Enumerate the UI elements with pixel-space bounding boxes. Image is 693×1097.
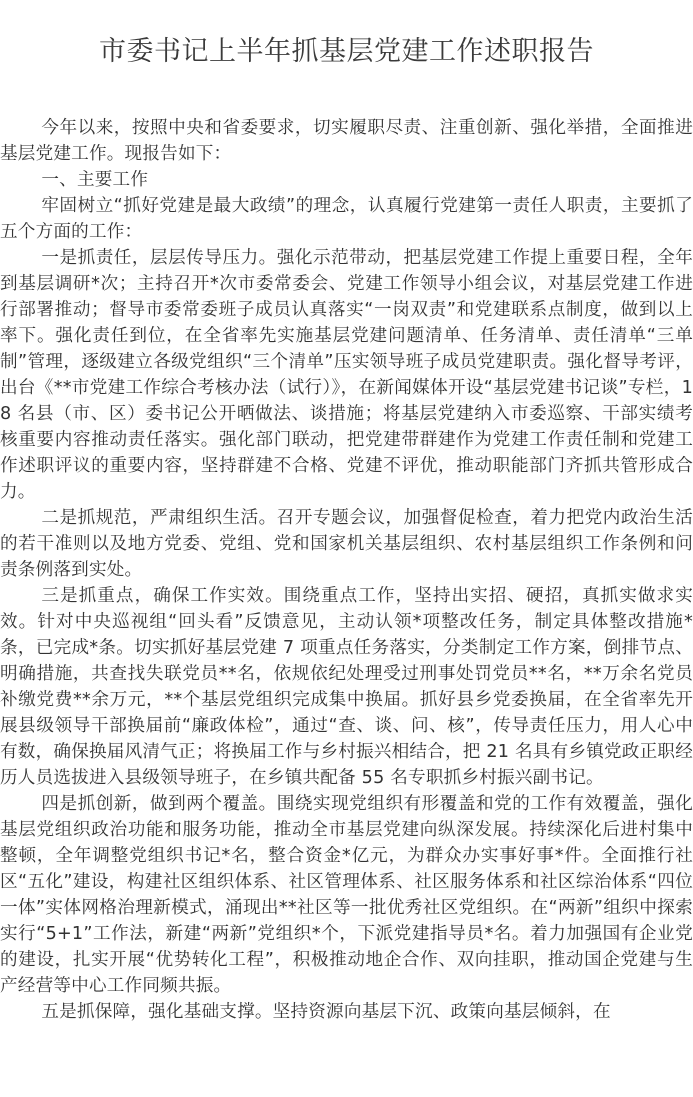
paragraph-intro: 今年以来，按照中央和省委要求，切实履职尽责、注重创新、强化举措，全面推进基层党建… [0, 115, 693, 167]
paragraph-item-3-priorities: 三是抓重点，确保工作实效。围绕重点工作，坚持出实招、硬招，真抓实做求实效。针对中… [0, 583, 693, 791]
paragraph-item-2-standards: 二是抓规范，严肃组织生活。召开专题会议，加强督促检查，着力把党内政治生活的若干准… [0, 505, 693, 583]
document-body: 今年以来，按照中央和省委要求，切实履职尽责、注重创新、强化举措，全面推进基层党建… [0, 115, 693, 1025]
section-heading-main-work: 一、主要工作 [0, 167, 693, 193]
document-title: 市委书记上半年抓基层党建工作述职报告 [0, 32, 693, 72]
paragraph-overview: 牢固树立“抓好党建是最大政绩”的理念，认真履行党建第一责任人职责，主要抓了五个方… [0, 193, 693, 245]
paragraph-item-4-innovation: 四是抓创新，做到两个覆盖。围绕实现党组织有形覆盖和党的工作有效覆盖，强化基层党组… [0, 791, 693, 999]
paragraph-item-1-responsibility: 一是抓责任，层层传导压力。强化示范带动，把基层党建工作提上重要日程，全年到基层调… [0, 245, 693, 505]
paragraph-item-5-support: 五是抓保障，强化基础支撑。坚持资源向基层下沉、政策向基层倾斜，在 [0, 999, 693, 1025]
